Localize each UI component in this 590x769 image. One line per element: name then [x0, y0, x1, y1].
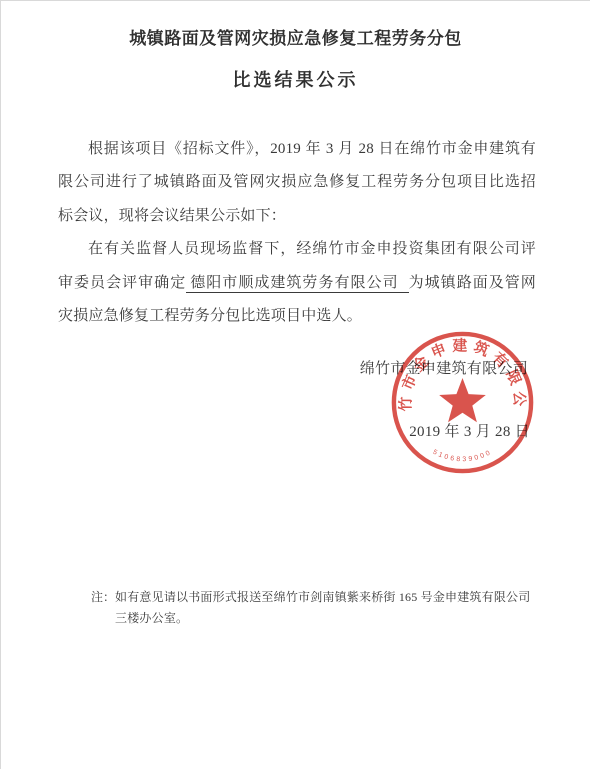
- official-seal: 绵竹市金申建筑有限公司 5106839000: [389, 329, 536, 476]
- footnote: 注： 如有意见请以书面形式报送至绵竹市剑南镇紫来桥街 165 号金申建筑有限公司…: [91, 587, 537, 629]
- winning-company-name: 德阳市顺成建筑劳务有限公司: [186, 275, 408, 293]
- document-title-line2: 比选结果公示: [1, 67, 590, 93]
- seal-serial-holder: 5106839000: [432, 449, 494, 464]
- paragraph2-line2-suffix: 为城镇路面及管网: [409, 275, 536, 291]
- paragraph2-line1: 在有关监督人员现场监督下，经绵竹市金申投资集团有限公司评: [58, 233, 536, 266]
- footnote-text: 如有意见请以书面形式报送至绵竹市剑南镇紫来桥街 165 号金申建筑有限公司三楼办…: [115, 587, 531, 629]
- document-title: 城镇路面及管网灾损应急修复工程劳务分包 比选结果公示: [1, 27, 590, 93]
- document-page: 城镇路面及管网灾损应急修复工程劳务分包 比选结果公示 根据该项目《招标文件》，2…: [0, 0, 590, 769]
- footnote-label: 注：: [91, 587, 115, 629]
- seal-serial-number: 5106839000: [432, 449, 494, 464]
- seal-star-icon: [439, 378, 486, 422]
- document-body: 根据该项目《招标文件》，2019 年 3 月 28 日在绵竹市金申建筑有 限公司…: [58, 133, 536, 333]
- paragraph2-line2-prefix: 审委员会评审确定: [58, 275, 186, 291]
- paragraph1-line3: 标会议，现将会议结果公示如下：: [58, 200, 536, 233]
- document-title-line1: 城镇路面及管网灾损应急修复工程劳务分包: [1, 27, 590, 51]
- paragraph2-line2: 审委员会评审确定德阳市顺成建筑劳务有限公司为城镇路面及管网: [58, 267, 536, 300]
- paragraph1-line2: 限公司进行了城镇路面及管网灾损应急修复工程劳务分包项目比选招: [58, 166, 536, 199]
- paragraph1-line1: 根据该项目《招标文件》，2019 年 3 月 28 日在绵竹市金申建筑有: [58, 133, 536, 166]
